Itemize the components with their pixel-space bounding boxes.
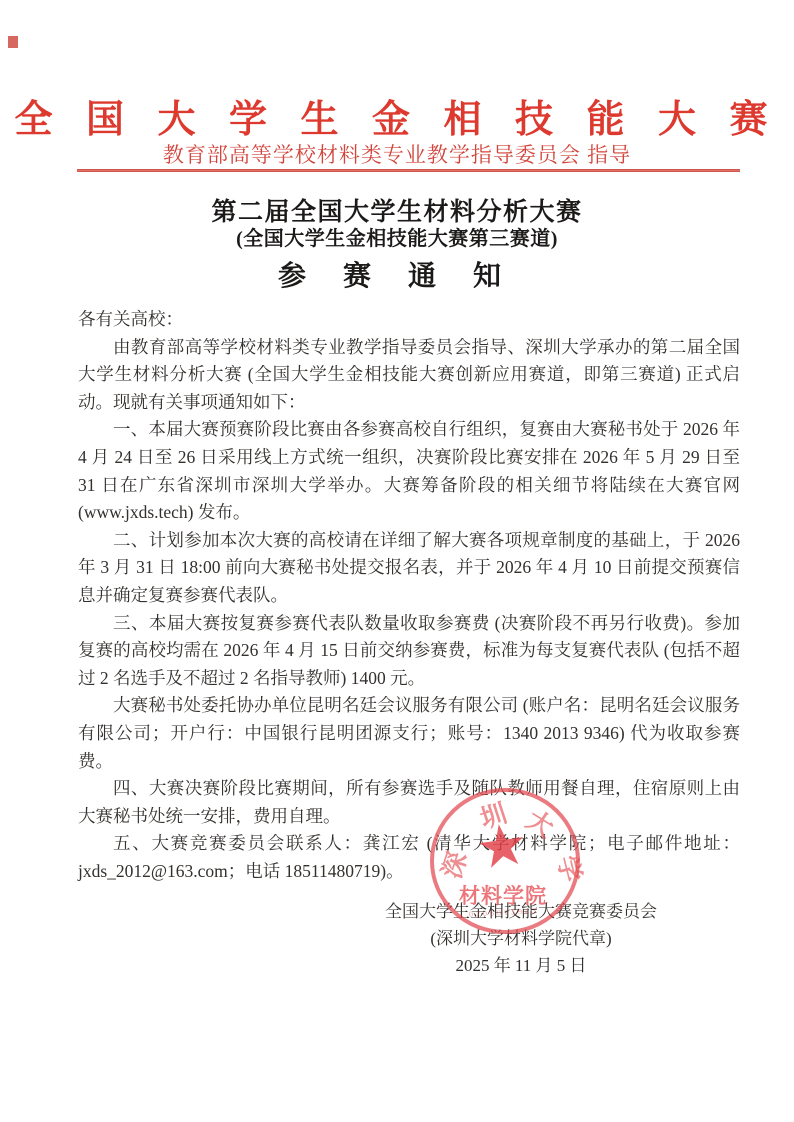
guidance-subtitle: 教育部高等学校材料类专业教学指导委员会 指导 (0, 139, 794, 169)
signature-date: 2025 年 11 月 5 日 (376, 952, 666, 979)
doc-title-line2: (全国大学生金相技能大赛第三赛道) (0, 222, 794, 251)
body-paragraph-item3: 三、本届大赛按复赛参赛代表队数量收取参赛费 (决赛阶段不再另行收费)。参加复赛的… (78, 610, 740, 693)
signature-block: 全国大学生金相技能大赛竞赛委员会 (深圳大学材料学院代章) 2025 年 11 … (376, 898, 666, 979)
body-paragraph-payment: 大赛秘书处委托协办单位昆明名廷会议服务有限公司 (账户名：昆明名廷会议服务有限公… (78, 692, 740, 775)
competition-title: 全 国 大 学 生 金 相 技 能 大 赛 (0, 88, 794, 143)
salutation: 各有关高校： (78, 306, 740, 334)
corner-stamp-mark (8, 36, 18, 48)
body-paragraph-item5: 五、大赛竞赛委员会联系人：龚江宏 (清华大学材料学院；电子邮件地址：jxds_2… (78, 830, 740, 885)
notice-body: 各有关高校： 由教育部高等学校材料类专业教学指导委员会指导、深圳大学承办的第二届… (78, 306, 740, 885)
body-paragraph-item4: 四、大赛决赛阶段比赛期间，所有参赛选手及随队教师用餐自理，住宿原则上由大赛秘书处… (78, 775, 740, 830)
body-paragraph-item2: 二、计划参加本次大赛的高校请在详细了解大赛各项规章制度的基础上，于 2026 年… (78, 527, 740, 610)
body-paragraph-intro: 由教育部高等学校材料类专业教学指导委员会指导、深圳大学承办的第二届全国大学生材料… (78, 334, 740, 417)
signature-on-behalf: (深圳大学材料学院代章) (376, 925, 666, 952)
body-paragraph-item1: 一、本届大赛预赛阶段比赛由各参赛高校自行组织，复赛由大赛秘书处于 2026 年 … (78, 416, 740, 526)
header-divider-rule (77, 169, 740, 172)
signature-organization: 全国大学生金相技能大赛竞赛委员会 (376, 898, 666, 925)
document-page: 全 国 大 学 生 金 相 技 能 大 赛 教育部高等学校材料类专业教学指导委员… (0, 0, 794, 1122)
doc-title-notice: 参 赛 通 知 (0, 254, 794, 294)
